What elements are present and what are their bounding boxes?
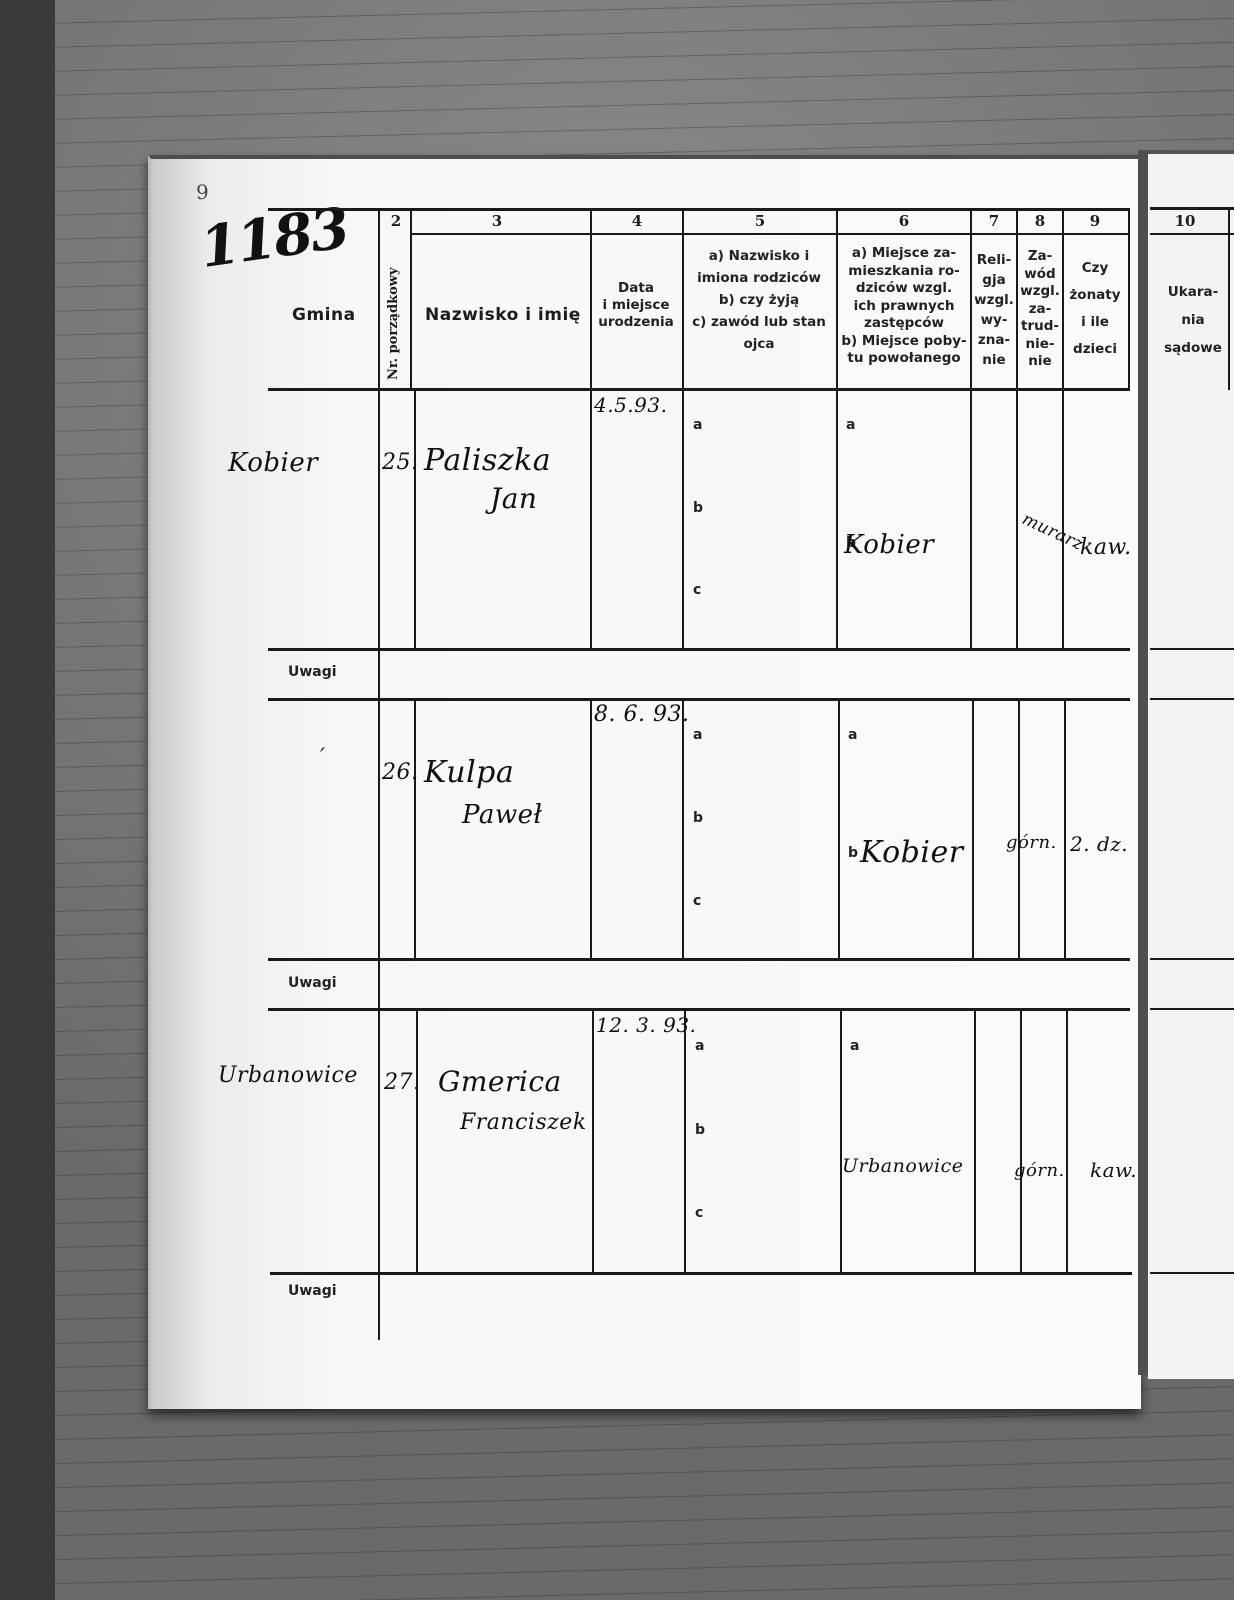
sub-label-c: c bbox=[693, 893, 701, 909]
entry-gmina: Kobier bbox=[228, 448, 318, 478]
header-gmina: Gmina bbox=[292, 305, 356, 325]
header-line: ich prawnych bbox=[838, 298, 970, 316]
colnum-3: 3 bbox=[412, 212, 582, 230]
entry-birth-date: 4.5.93. bbox=[594, 393, 667, 417]
header-line: ojca bbox=[684, 333, 834, 355]
header-zawod: Za- wód wzgl. za- trud- nie- nie bbox=[1018, 248, 1062, 371]
header-line: Czy bbox=[1064, 255, 1126, 282]
divider bbox=[414, 700, 416, 958]
header-line: wód bbox=[1018, 266, 1062, 284]
entry-married: kaw. bbox=[1090, 1158, 1137, 1182]
header-ukarania: Ukara- nia sądowe bbox=[1152, 278, 1234, 362]
uwagi-label: Uwagi bbox=[288, 664, 337, 680]
header-religia: Reli- gja wzgl. wy- zna- nie bbox=[972, 250, 1016, 370]
facing-row-rule bbox=[1150, 698, 1234, 700]
divider-header-rodzice bbox=[836, 208, 838, 390]
divider-header-nr bbox=[410, 208, 412, 390]
header-line: wzgl. bbox=[1018, 283, 1062, 301]
divider bbox=[1062, 390, 1064, 648]
sub-label-b: b bbox=[848, 845, 858, 861]
facing-row-rule bbox=[1150, 1008, 1234, 1010]
sub-label-c: c bbox=[695, 1205, 703, 1221]
header-nazwisko: Nazwisko i imię bbox=[425, 305, 581, 325]
entry-residence: Kobier bbox=[844, 530, 934, 560]
entry-nr: 25. bbox=[382, 450, 419, 475]
header-line: tu powołanego bbox=[838, 350, 970, 368]
divider bbox=[590, 700, 592, 958]
sub-label-a: a bbox=[693, 417, 702, 433]
divider bbox=[836, 390, 838, 648]
entry-birth-date: 8. 6. 93. bbox=[594, 702, 689, 727]
header-line: dziców wzgl. bbox=[838, 280, 970, 298]
header-line: zna- bbox=[972, 330, 1016, 350]
header-zonaty: Czy żonaty i ile dzieci bbox=[1064, 255, 1126, 363]
divider bbox=[682, 700, 684, 958]
header-line: Data bbox=[592, 280, 680, 297]
header-line: a) Miejsce za- bbox=[838, 245, 970, 263]
page-number: 9 bbox=[196, 180, 209, 204]
page-fold bbox=[1138, 150, 1148, 1375]
facing-row-rule bbox=[1150, 958, 1234, 960]
divider-gmina bbox=[378, 208, 380, 1340]
header-rodzice: a) Nazwisko i imiona rodziców b) czy żyj… bbox=[684, 245, 834, 355]
entry-surname: Gmerica bbox=[438, 1065, 562, 1098]
scan-left-edge bbox=[0, 0, 55, 1600]
sub-label-a: a bbox=[693, 727, 702, 743]
header-nr-porzadkowy: Nr. porządkowy bbox=[386, 240, 401, 380]
header-line: dzieci bbox=[1064, 336, 1126, 363]
header-line: nie bbox=[1018, 353, 1062, 371]
uwagi-label: Uwagi bbox=[288, 975, 337, 991]
header-line: nie bbox=[972, 350, 1016, 370]
divider-header-data bbox=[682, 208, 684, 390]
header-line: nie- bbox=[1018, 336, 1062, 354]
divider-header-zawod bbox=[1062, 208, 1064, 390]
header-line: wy- bbox=[972, 310, 1016, 330]
divider bbox=[1018, 700, 1020, 958]
header-top-rule-right bbox=[1150, 207, 1234, 210]
sub-label-a: a bbox=[695, 1038, 704, 1054]
divider bbox=[682, 390, 684, 648]
header-line: Reli- bbox=[972, 250, 1016, 270]
divider bbox=[1064, 700, 1066, 958]
divider bbox=[414, 390, 416, 648]
colnum-8: 8 bbox=[1018, 212, 1062, 230]
entry-nr: 26. bbox=[382, 760, 419, 785]
sub-label-c: c bbox=[693, 582, 701, 598]
divider bbox=[974, 1010, 976, 1272]
entry-nr: 27. bbox=[384, 1070, 421, 1095]
header-top-rule bbox=[268, 208, 1130, 211]
sub-label-a: a bbox=[850, 1038, 859, 1054]
divider-header-nazwisko bbox=[590, 208, 592, 390]
header-line: sądowe bbox=[1152, 334, 1234, 362]
header-line: gja bbox=[972, 270, 1016, 290]
divider bbox=[590, 390, 592, 648]
divider bbox=[1066, 1010, 1068, 1272]
entry-residence: Kobier bbox=[860, 835, 964, 870]
row-rule bbox=[268, 698, 1130, 701]
header-line: za- bbox=[1018, 301, 1062, 319]
header-data-urodzenia: Data i miejsce urodzenia bbox=[592, 280, 680, 331]
entry-occupation: górn. bbox=[1006, 832, 1057, 853]
colnum-10: 10 bbox=[1155, 212, 1215, 230]
sub-label-b: b bbox=[695, 1122, 705, 1138]
divider bbox=[1016, 390, 1018, 648]
header-line: mieszkania ro- bbox=[838, 263, 970, 281]
colnum-rule bbox=[410, 233, 1130, 235]
row-rule bbox=[268, 1008, 1130, 1011]
header-line: Ukara- bbox=[1152, 278, 1234, 306]
divider-header-ukarania bbox=[1228, 208, 1230, 390]
header-line: b) czy żyją bbox=[684, 289, 834, 311]
header-line: trud- bbox=[1018, 318, 1062, 336]
row-rule bbox=[268, 648, 1130, 651]
sub-label-b: b bbox=[693, 810, 703, 826]
facing-row-rule bbox=[1150, 648, 1234, 650]
header-miejsce: a) Miejsce za- mieszkania ro- dziców wzg… bbox=[838, 245, 970, 368]
header-line: b) Miejsce poby- bbox=[838, 333, 970, 351]
header-line: nia bbox=[1152, 306, 1234, 334]
entry-occupation: górn. bbox=[1014, 1160, 1065, 1181]
header-line: Za- bbox=[1018, 248, 1062, 266]
entry-gmina: Urbanowice bbox=[218, 1063, 358, 1088]
header-line: a) Nazwisko i bbox=[684, 245, 834, 267]
header-line: imiona rodziców bbox=[684, 267, 834, 289]
colnum-7: 7 bbox=[972, 212, 1016, 230]
entry-given-name: Jan bbox=[490, 482, 537, 515]
header-line: c) zawód lub stan bbox=[684, 311, 834, 333]
colnum-rule-right bbox=[1150, 233, 1234, 235]
entry-given-name: Paweł bbox=[462, 800, 542, 830]
header-line: i ile bbox=[1064, 309, 1126, 336]
divider-header-religia bbox=[1016, 208, 1018, 390]
header-line: żonaty bbox=[1064, 282, 1126, 309]
entry-residence: Urbanowice bbox=[842, 1155, 964, 1177]
entry-gmina-ditto: ′ bbox=[320, 745, 326, 770]
divider bbox=[970, 390, 972, 648]
divider-header-miejsce bbox=[970, 208, 972, 390]
entry-surname: Paliszka bbox=[424, 443, 551, 478]
colnum-4: 4 bbox=[592, 212, 682, 230]
colnum-5: 5 bbox=[684, 212, 836, 230]
divider bbox=[416, 1010, 418, 1272]
colnum-2: 2 bbox=[383, 212, 409, 230]
facing-row-rule bbox=[1150, 1272, 1234, 1274]
header-line: i miejsce bbox=[592, 297, 680, 314]
entry-given-name: Franciszek bbox=[460, 1110, 587, 1135]
header-line: wzgl. bbox=[972, 290, 1016, 310]
header-line: zastępców bbox=[838, 315, 970, 333]
divider bbox=[684, 1010, 686, 1272]
row-rule bbox=[270, 1272, 1132, 1275]
divider bbox=[840, 1010, 842, 1272]
divider-header-zonaty bbox=[1128, 208, 1130, 390]
entry-married: 2. dz. bbox=[1070, 832, 1128, 856]
header-bottom-rule bbox=[268, 388, 1130, 391]
divider bbox=[838, 700, 840, 958]
divider bbox=[972, 700, 974, 958]
sub-label-a: a bbox=[846, 417, 855, 433]
entry-surname: Kulpa bbox=[424, 755, 514, 790]
sub-label-b: b bbox=[693, 500, 703, 516]
uwagi-label: Uwagi bbox=[288, 1283, 337, 1299]
header-line: urodzenia bbox=[592, 314, 680, 331]
divider bbox=[1020, 1010, 1022, 1272]
entry-birth-date: 12. 3. 93. bbox=[596, 1013, 696, 1037]
row-rule bbox=[268, 958, 1130, 961]
colnum-9: 9 bbox=[1064, 212, 1126, 230]
entry-married: kaw. bbox=[1080, 535, 1132, 560]
sub-label-a: a bbox=[848, 727, 857, 743]
divider bbox=[592, 1010, 594, 1272]
colnum-6: 6 bbox=[838, 212, 970, 230]
